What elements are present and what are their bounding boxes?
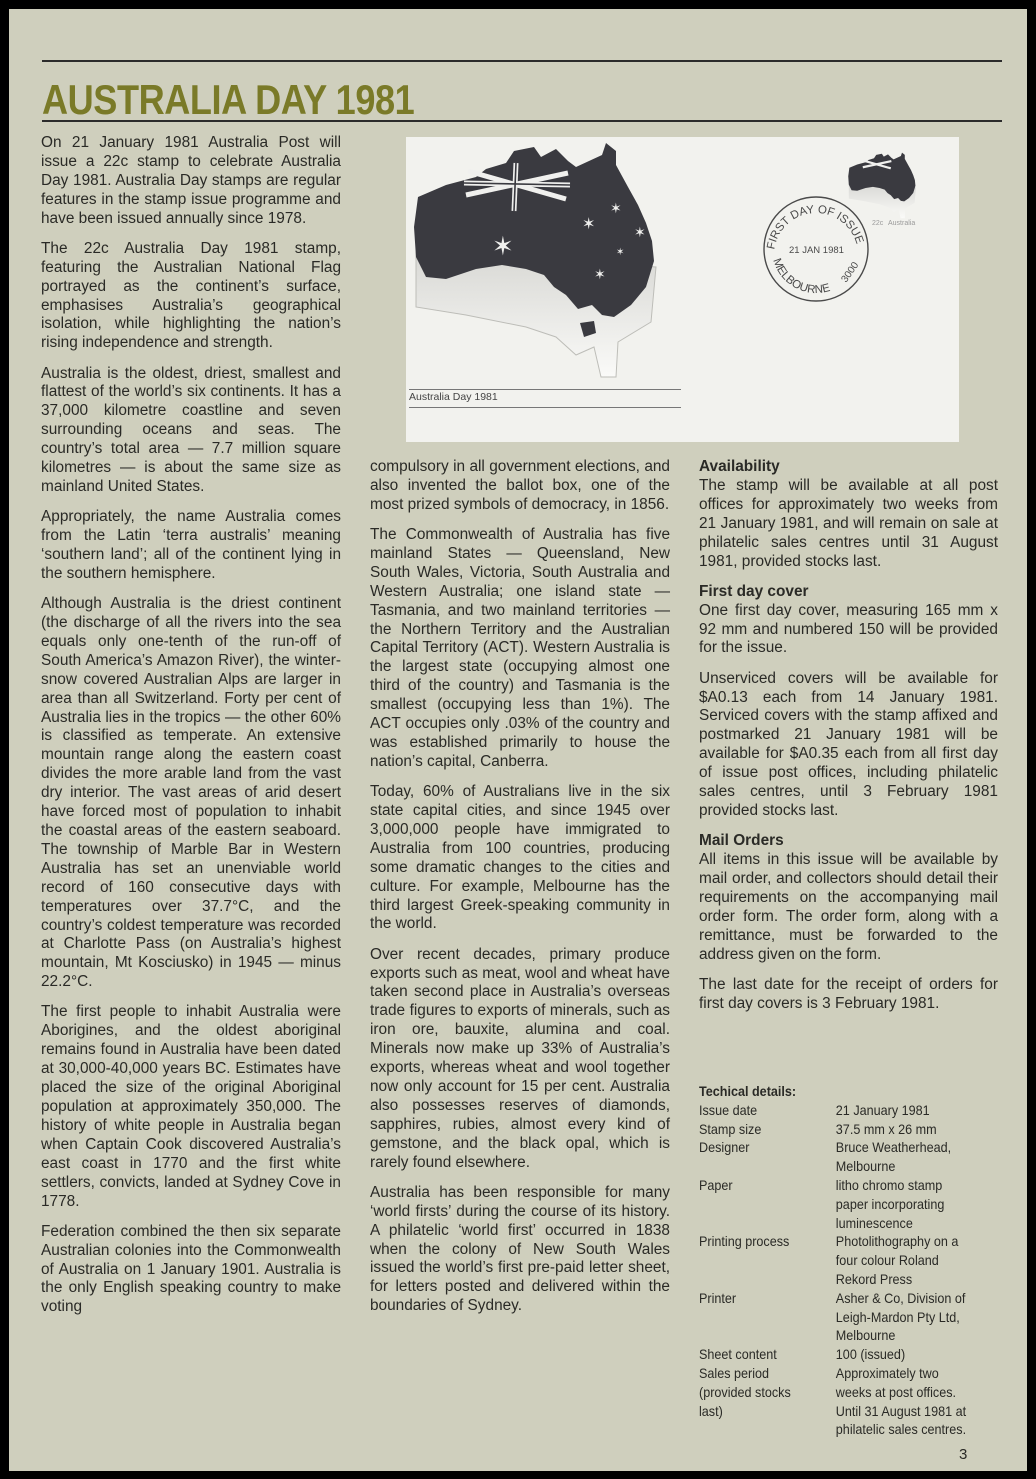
title-underline-rule	[42, 120, 1002, 122]
paragraph: The stamp will be available at all post …	[699, 477, 998, 572]
tech-label: Issue date	[699, 1101, 836, 1120]
table-row: Sheet content 100 (issued)	[699, 1345, 969, 1364]
availability-section: Availability The stamp will be available…	[699, 458, 998, 571]
paragraph: The Commonwealth of Australia has five m…	[370, 526, 670, 772]
technical-heading: Techical details:	[699, 1082, 969, 1101]
technical-details: Techical details: Issue date 21 January …	[699, 1082, 969, 1439]
section-heading: First day cover	[699, 583, 998, 602]
paragraph: All items in this issue will be availabl…	[699, 851, 998, 964]
tech-value: Bruce Weatherhead, Melbourne	[836, 1138, 969, 1176]
tech-label: Designer	[699, 1138, 836, 1176]
paragraph: Australia is the oldest, driest, smalles…	[41, 365, 341, 497]
svg-text:MELBOURNE: MELBOURNE	[770, 257, 831, 296]
svg-text:✶: ✶	[634, 225, 646, 241]
paragraph: One first day cover, measuring 165 mm x …	[699, 602, 998, 659]
tech-value: Photolithography on a four colour Roland…	[836, 1232, 969, 1288]
mail-orders-section: Mail Orders All items in this issue will…	[699, 832, 998, 964]
column-1: On 21 January 1981 Australia Post will i…	[41, 134, 341, 1329]
paragraph: Appropriately, the name Australia comes …	[41, 508, 341, 584]
table-row: Printer Asher & Co, Division of Leigh-Ma…	[699, 1289, 969, 1345]
table-row: Printing process Photolithography on a f…	[699, 1232, 969, 1288]
tech-label: Sales period (provided stocks last)	[699, 1364, 836, 1439]
tech-label: Printing process	[699, 1232, 836, 1288]
paragraph: The 22c Australia Day 1981 stamp, featur…	[41, 240, 341, 353]
paragraph: Federation combined the then six separat…	[41, 1223, 341, 1318]
tech-value: 100 (issued)	[836, 1345, 969, 1364]
first-day-cover-image: ✶ ✶ ✶ ✶ ✶ ✶ FIRST DAY OF ISS	[406, 137, 959, 442]
first-day-cover-section: First day cover One first day cover, mea…	[699, 583, 998, 659]
svg-text:3000: 3000	[839, 260, 861, 285]
section-heading: Availability	[699, 458, 998, 477]
table-row: Paper litho chromo stamp paper incorpora…	[699, 1176, 969, 1232]
paragraph: Australia has been responsible for many …	[370, 1184, 670, 1316]
stamp	[848, 153, 916, 219]
table-row: Stamp size 37.5 mm x 26 mm	[699, 1120, 969, 1139]
section-heading: Mail Orders	[699, 832, 998, 851]
paragraph: Over recent decades, primary pro­duce ex…	[370, 946, 670, 1173]
column-3: Availability The stamp will be available…	[699, 458, 998, 1025]
tech-value: 21 January 1981	[836, 1101, 969, 1120]
paragraph: Although Australia is the driest conti­n…	[41, 595, 341, 992]
table-row: Issue date 21 January 1981	[699, 1101, 969, 1120]
svg-text:Australia: Australia	[888, 220, 915, 227]
paragraph: compulsory in all government elec­tions,…	[370, 458, 670, 515]
tech-label: Printer	[699, 1289, 836, 1345]
tech-label: Stamp size	[699, 1120, 836, 1139]
paragraph: The first people to inhabit Australia we…	[41, 1003, 341, 1211]
paragraph: Today, 60% of Australians live in the si…	[370, 783, 670, 934]
caption-rule	[409, 389, 681, 390]
svg-text:22c: 22c	[872, 220, 884, 227]
svg-text:✶: ✶	[610, 201, 622, 217]
paragraph: The last date for the receipt of orders …	[699, 976, 998, 1014]
tech-value: Approximately two weeks at post offices.…	[836, 1364, 969, 1439]
caption-rule	[409, 407, 681, 408]
tech-label: Sheet content	[699, 1345, 836, 1364]
svg-text:21 JAN 1981: 21 JAN 1981	[789, 245, 844, 256]
paragraph: On 21 January 1981 Australia Post will i…	[41, 134, 341, 229]
tech-label: Paper	[699, 1176, 836, 1232]
page-title: AUSTRALIA DAY 1981	[42, 77, 414, 123]
star-icon: ✶	[492, 232, 514, 262]
paragraph: Unserviced covers will be available for …	[699, 670, 998, 821]
svg-text:✶: ✶	[594, 267, 606, 283]
top-rule	[42, 60, 1002, 62]
column-2: compulsory in all government elec­tions,…	[370, 458, 670, 1327]
svg-text:✶: ✶	[616, 247, 624, 258]
tech-value: 37.5 mm x 26 mm	[836, 1120, 969, 1139]
tech-value: litho chromo stamp paper incorporating l…	[836, 1176, 969, 1232]
table-row: Sales period (provided stocks last) Appr…	[699, 1364, 969, 1439]
page: AUSTRALIA DAY 1981 On 21 January 1981 Au…	[9, 9, 1027, 1471]
page-number: 3	[959, 1446, 967, 1463]
cover-caption: Australia Day 1981	[409, 391, 498, 403]
table-row: Designer Bruce Weatherhead, Melbourne	[699, 1138, 969, 1176]
tech-value: Asher & Co, Division of Leigh-Mardon Pty…	[836, 1289, 969, 1345]
svg-text:✶: ✶	[582, 214, 595, 233]
